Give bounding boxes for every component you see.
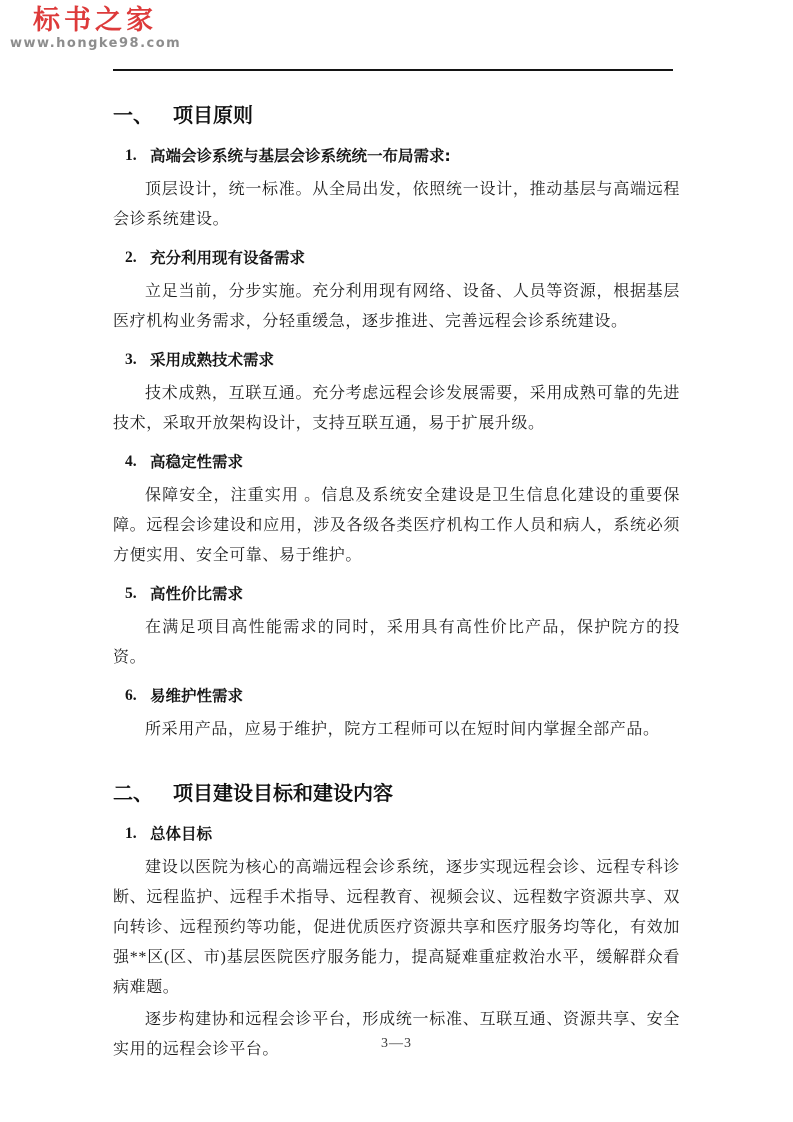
item-title-row: 3. 采用成熟技术需求 bbox=[125, 349, 680, 371]
item-title-row: 1. 总体目标 bbox=[125, 823, 680, 845]
item-number: 1. bbox=[125, 823, 150, 845]
item-title: 总体目标 bbox=[150, 823, 212, 845]
section-heading-1: 一、 项目原则 bbox=[113, 101, 680, 129]
paragraph: 在满足项目高性能需求的同时，采用具有高性价比产品，保护院方的投资。 bbox=[113, 613, 680, 673]
item-number: 2. bbox=[125, 247, 150, 269]
item-number: 6. bbox=[125, 685, 150, 707]
document-page: 标书之家 www.hongke98.com 一、 项目原则 1. 高端会诊系统与… bbox=[0, 0, 793, 1122]
item-number: 5. bbox=[125, 583, 150, 605]
section-number: 二、 bbox=[113, 779, 173, 807]
section-title: 项目建设目标和建设内容 bbox=[173, 779, 393, 807]
list-item: 3. 采用成熟技术需求 技术成熟，互联互通。充分考虑远程会诊发展需要，采用成熟可… bbox=[113, 349, 680, 439]
list-item: 2. 充分利用现有设备需求 立足当前，分步实施。充分利用现有网络、设备、人员等资… bbox=[113, 247, 680, 337]
section-number: 一、 bbox=[113, 101, 173, 129]
item-title-row: 2. 充分利用现有设备需求 bbox=[125, 247, 680, 269]
item-title: 高稳定性需求 bbox=[150, 451, 243, 473]
paragraph: 建设以医院为核心的高端远程会诊系统，逐步实现远程会诊、远程专科诊断、远程监护、远… bbox=[113, 853, 680, 1003]
list-item: 5. 高性价比需求 在满足项目高性能需求的同时，采用具有高性价比产品，保护院方的… bbox=[113, 583, 680, 673]
logo-url: www.hongke98.com bbox=[10, 36, 180, 51]
item-title: 高性价比需求 bbox=[150, 583, 243, 605]
item-title-row: 1. 高端会诊系统与基层会诊系统统一布局需求: bbox=[125, 145, 680, 167]
item-title: 采用成熟技术需求 bbox=[150, 349, 274, 371]
paragraph: 立足当前，分步实施。充分利用现有网络、设备、人员等资源，根据基层医疗机构业务需求… bbox=[113, 277, 680, 337]
page-number: 3—3 bbox=[0, 1036, 793, 1052]
item-number: 4. bbox=[125, 451, 150, 473]
section-heading-2: 二、 项目建设目标和建设内容 bbox=[113, 779, 680, 807]
paragraph: 顶层设计，统一标准。从全局出发，依照统一设计，推动基层与高端远程会诊系统建设。 bbox=[113, 175, 680, 235]
site-logo: 标书之家 www.hongke98.com bbox=[10, 6, 180, 51]
item-title-row: 6. 易维护性需求 bbox=[125, 685, 680, 707]
list-item: 1. 总体目标 建设以医院为核心的高端远程会诊系统，逐步实现远程会诊、远程专科诊… bbox=[113, 823, 680, 1065]
item-title: 充分利用现有设备需求 bbox=[150, 247, 305, 269]
item-title-row: 4. 高稳定性需求 bbox=[125, 451, 680, 473]
list-item: 1. 高端会诊系统与基层会诊系统统一布局需求: 顶层设计，统一标准。从全局出发，… bbox=[113, 145, 680, 235]
list-item: 4. 高稳定性需求 保障安全，注重实用 。信息及系统安全建设是卫生信息化建设的重… bbox=[113, 451, 680, 571]
item-number: 3. bbox=[125, 349, 150, 371]
paragraph: 保障安全，注重实用 。信息及系统安全建设是卫生信息化建设的重要保障。远程会诊建设… bbox=[113, 481, 680, 571]
item-title: 易维护性需求 bbox=[150, 685, 243, 707]
list-item: 6. 易维护性需求 所采用产品，应易于维护，院方工程师可以在短时间内掌握全部产品… bbox=[113, 685, 680, 745]
header-rule bbox=[113, 69, 673, 71]
item-title: 高端会诊系统与基层会诊系统统一布局需求: bbox=[150, 145, 451, 167]
section-title: 项目原则 bbox=[173, 101, 253, 129]
logo-text: 标书之家 bbox=[10, 6, 180, 36]
paragraph: 逐步构建协和远程会诊平台，形成统一标准、互联互通、资源共享、安全实用的远程会诊平… bbox=[113, 1005, 680, 1065]
document-body: 一、 项目原则 1. 高端会诊系统与基层会诊系统统一布局需求: 顶层设计，统一标… bbox=[113, 101, 680, 1067]
item-number: 1. bbox=[125, 145, 150, 167]
paragraph: 技术成熟，互联互通。充分考虑远程会诊发展需要，采用成熟可靠的先进技术，采取开放架… bbox=[113, 379, 680, 439]
paragraph: 所采用产品，应易于维护，院方工程师可以在短时间内掌握全部产品。 bbox=[113, 715, 680, 745]
item-title-row: 5. 高性价比需求 bbox=[125, 583, 680, 605]
